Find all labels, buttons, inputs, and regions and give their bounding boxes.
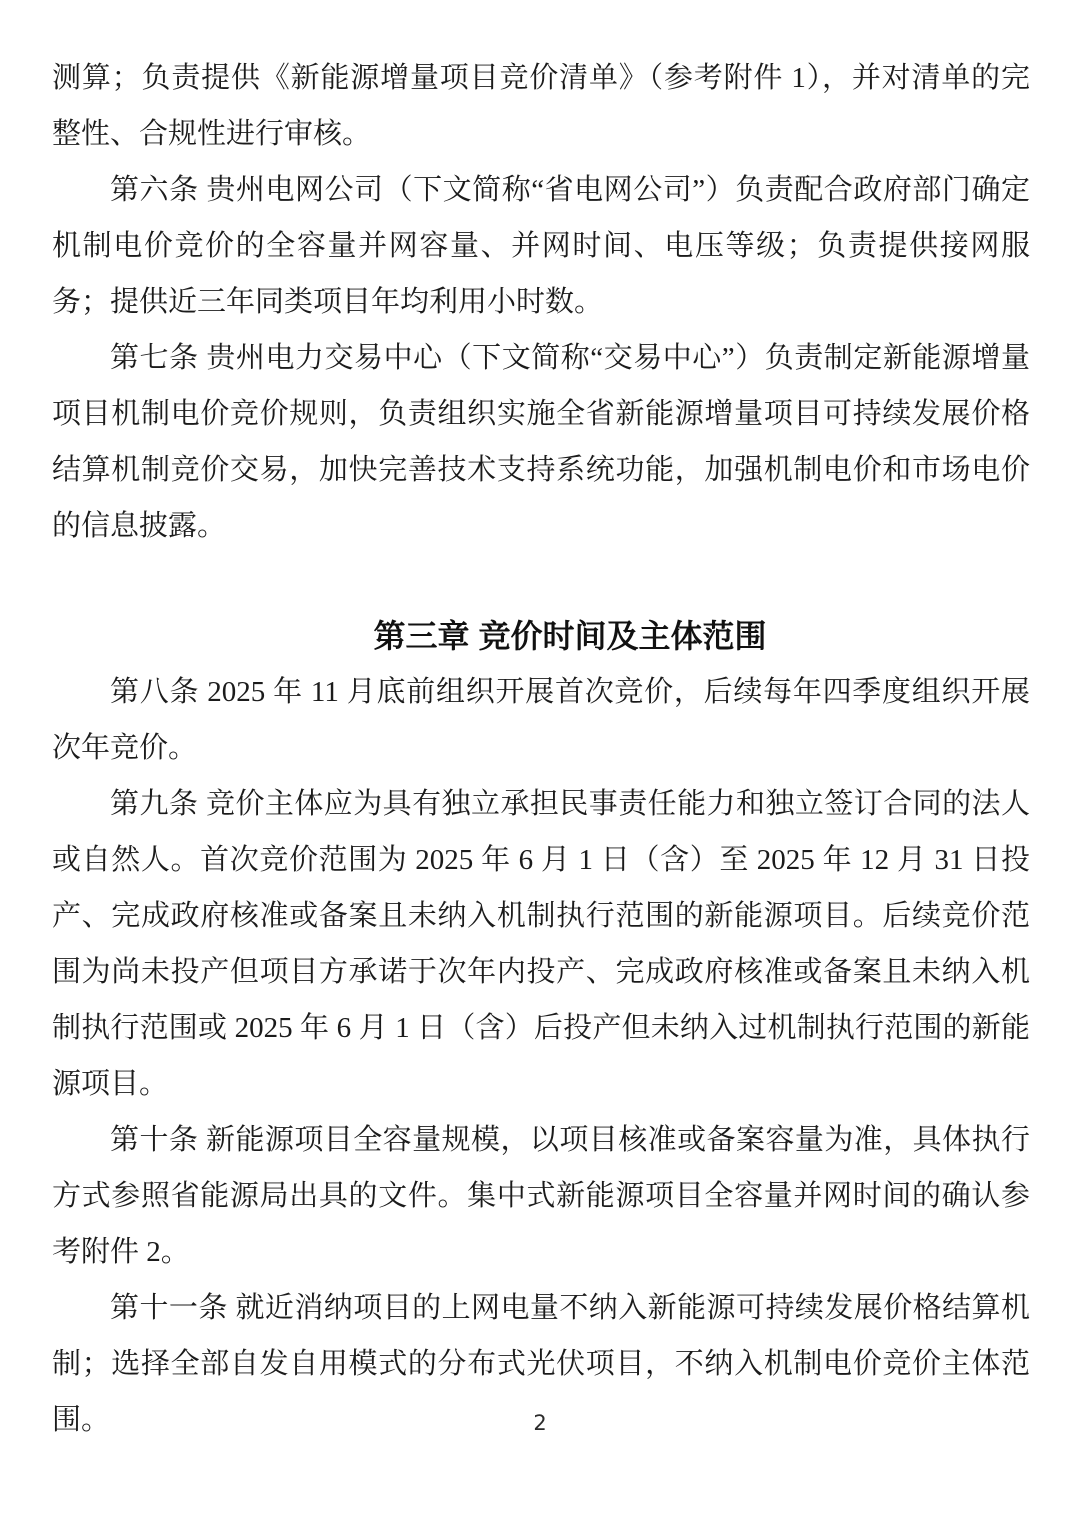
paragraph-article-9: 第九条 竞价主体应为具有独立承担民事责任能力和独立签订合同的法人或自然人。首次竞… bbox=[52, 776, 1030, 1112]
document-body: 测算；负责提供《新能源增量项目竞价清单》（参考附件 1），并对清单的完整性、合规… bbox=[52, 50, 1030, 1448]
paragraph-article-8: 第八条 2025 年 11 月底前组织开展首次竞价，后续每年四季度组织开展次年竞… bbox=[52, 664, 1030, 776]
document-page: 测算；负责提供《新能源增量项目竞价清单》（参考附件 1），并对清单的完整性、合规… bbox=[0, 0, 1080, 1527]
page-number: 2 bbox=[0, 1411, 1080, 1435]
paragraph-article-10: 第十条 新能源项目全容量规模，以项目核准或备案容量为准，具体执行方式参照省能源局… bbox=[52, 1112, 1030, 1280]
paragraph-continuation: 测算；负责提供《新能源增量项目竞价清单》（参考附件 1），并对清单的完整性、合规… bbox=[52, 50, 1030, 162]
paragraph-article-7: 第七条 贵州电力交易中心（下文简称“交易中心”）负责制定新能源增量项目机制电价竞… bbox=[52, 330, 1030, 554]
chapter-3-heading: 第三章 竞价时间及主体范围 bbox=[52, 608, 1030, 664]
paragraph-article-6: 第六条 贵州电网公司（下文简称“省电网公司”）负责配合政府部门确定机制电价竞价的… bbox=[52, 162, 1030, 330]
